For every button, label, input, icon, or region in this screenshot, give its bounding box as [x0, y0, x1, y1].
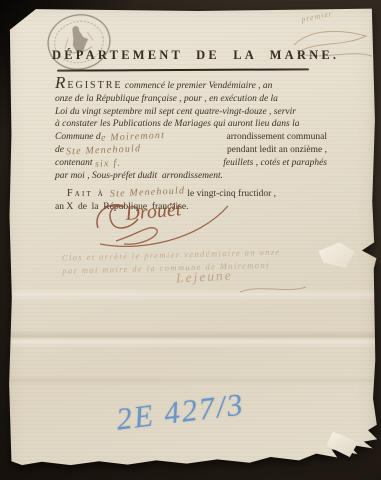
printed-text: par moi , Sous-préfet dudit arrondisseme… — [55, 170, 223, 183]
printed-text: pendant ledit an onzième , — [227, 144, 327, 157]
scan-backdrop: premier DÉPARTEMENT DE LA MARNE. REGISTR… — [0, 0, 381, 480]
printed-text: commencé le premier Vendémiaire , an — [123, 80, 273, 93]
register-line: REGISTRE commencé le premier Vendémiaire… — [55, 77, 327, 93]
title-rule — [57, 68, 309, 72]
paper-sheet: premier DÉPARTEMENT DE LA MARNE. REGISTR… — [0, 0, 381, 480]
printed-text: onze de la République française , pour ,… — [55, 93, 278, 106]
official-stamp-icon — [40, 6, 119, 79]
mayor-signature-flourish-icon — [238, 282, 308, 296]
printed-text: R — [55, 77, 66, 90]
mayor-signature: Lejeune — [176, 268, 234, 287]
printed-text: feuillets , cotés et paraphés — [223, 157, 327, 170]
printed-text: Commune d — [55, 131, 101, 144]
printed-text: arrondissement communal — [226, 131, 327, 144]
printed-text: EGISTRE — [67, 80, 122, 93]
register-line: onze de la République française , pour ,… — [55, 93, 327, 106]
svg-text:Drouët: Drouët — [124, 198, 183, 225]
prefect-signature: Drouët — [86, 194, 242, 254]
printed-text: de — [55, 144, 66, 157]
paper-sheet-wrapper: premier DÉPARTEMENT DE LA MARNE. REGISTR… — [0, 0, 381, 480]
printed-text: Loi du vingt septembre mil sept cent qua… — [55, 106, 296, 119]
register-line: Loi du vingt septembre mil sept cent qua… — [55, 106, 327, 119]
archive-reference: 2E 427/3 — [114, 386, 246, 437]
document-title: DÉPARTEMENT DE LA MARNE. — [52, 48, 332, 63]
register-line: contenant six f.feuillets , cotés et par… — [55, 157, 327, 170]
